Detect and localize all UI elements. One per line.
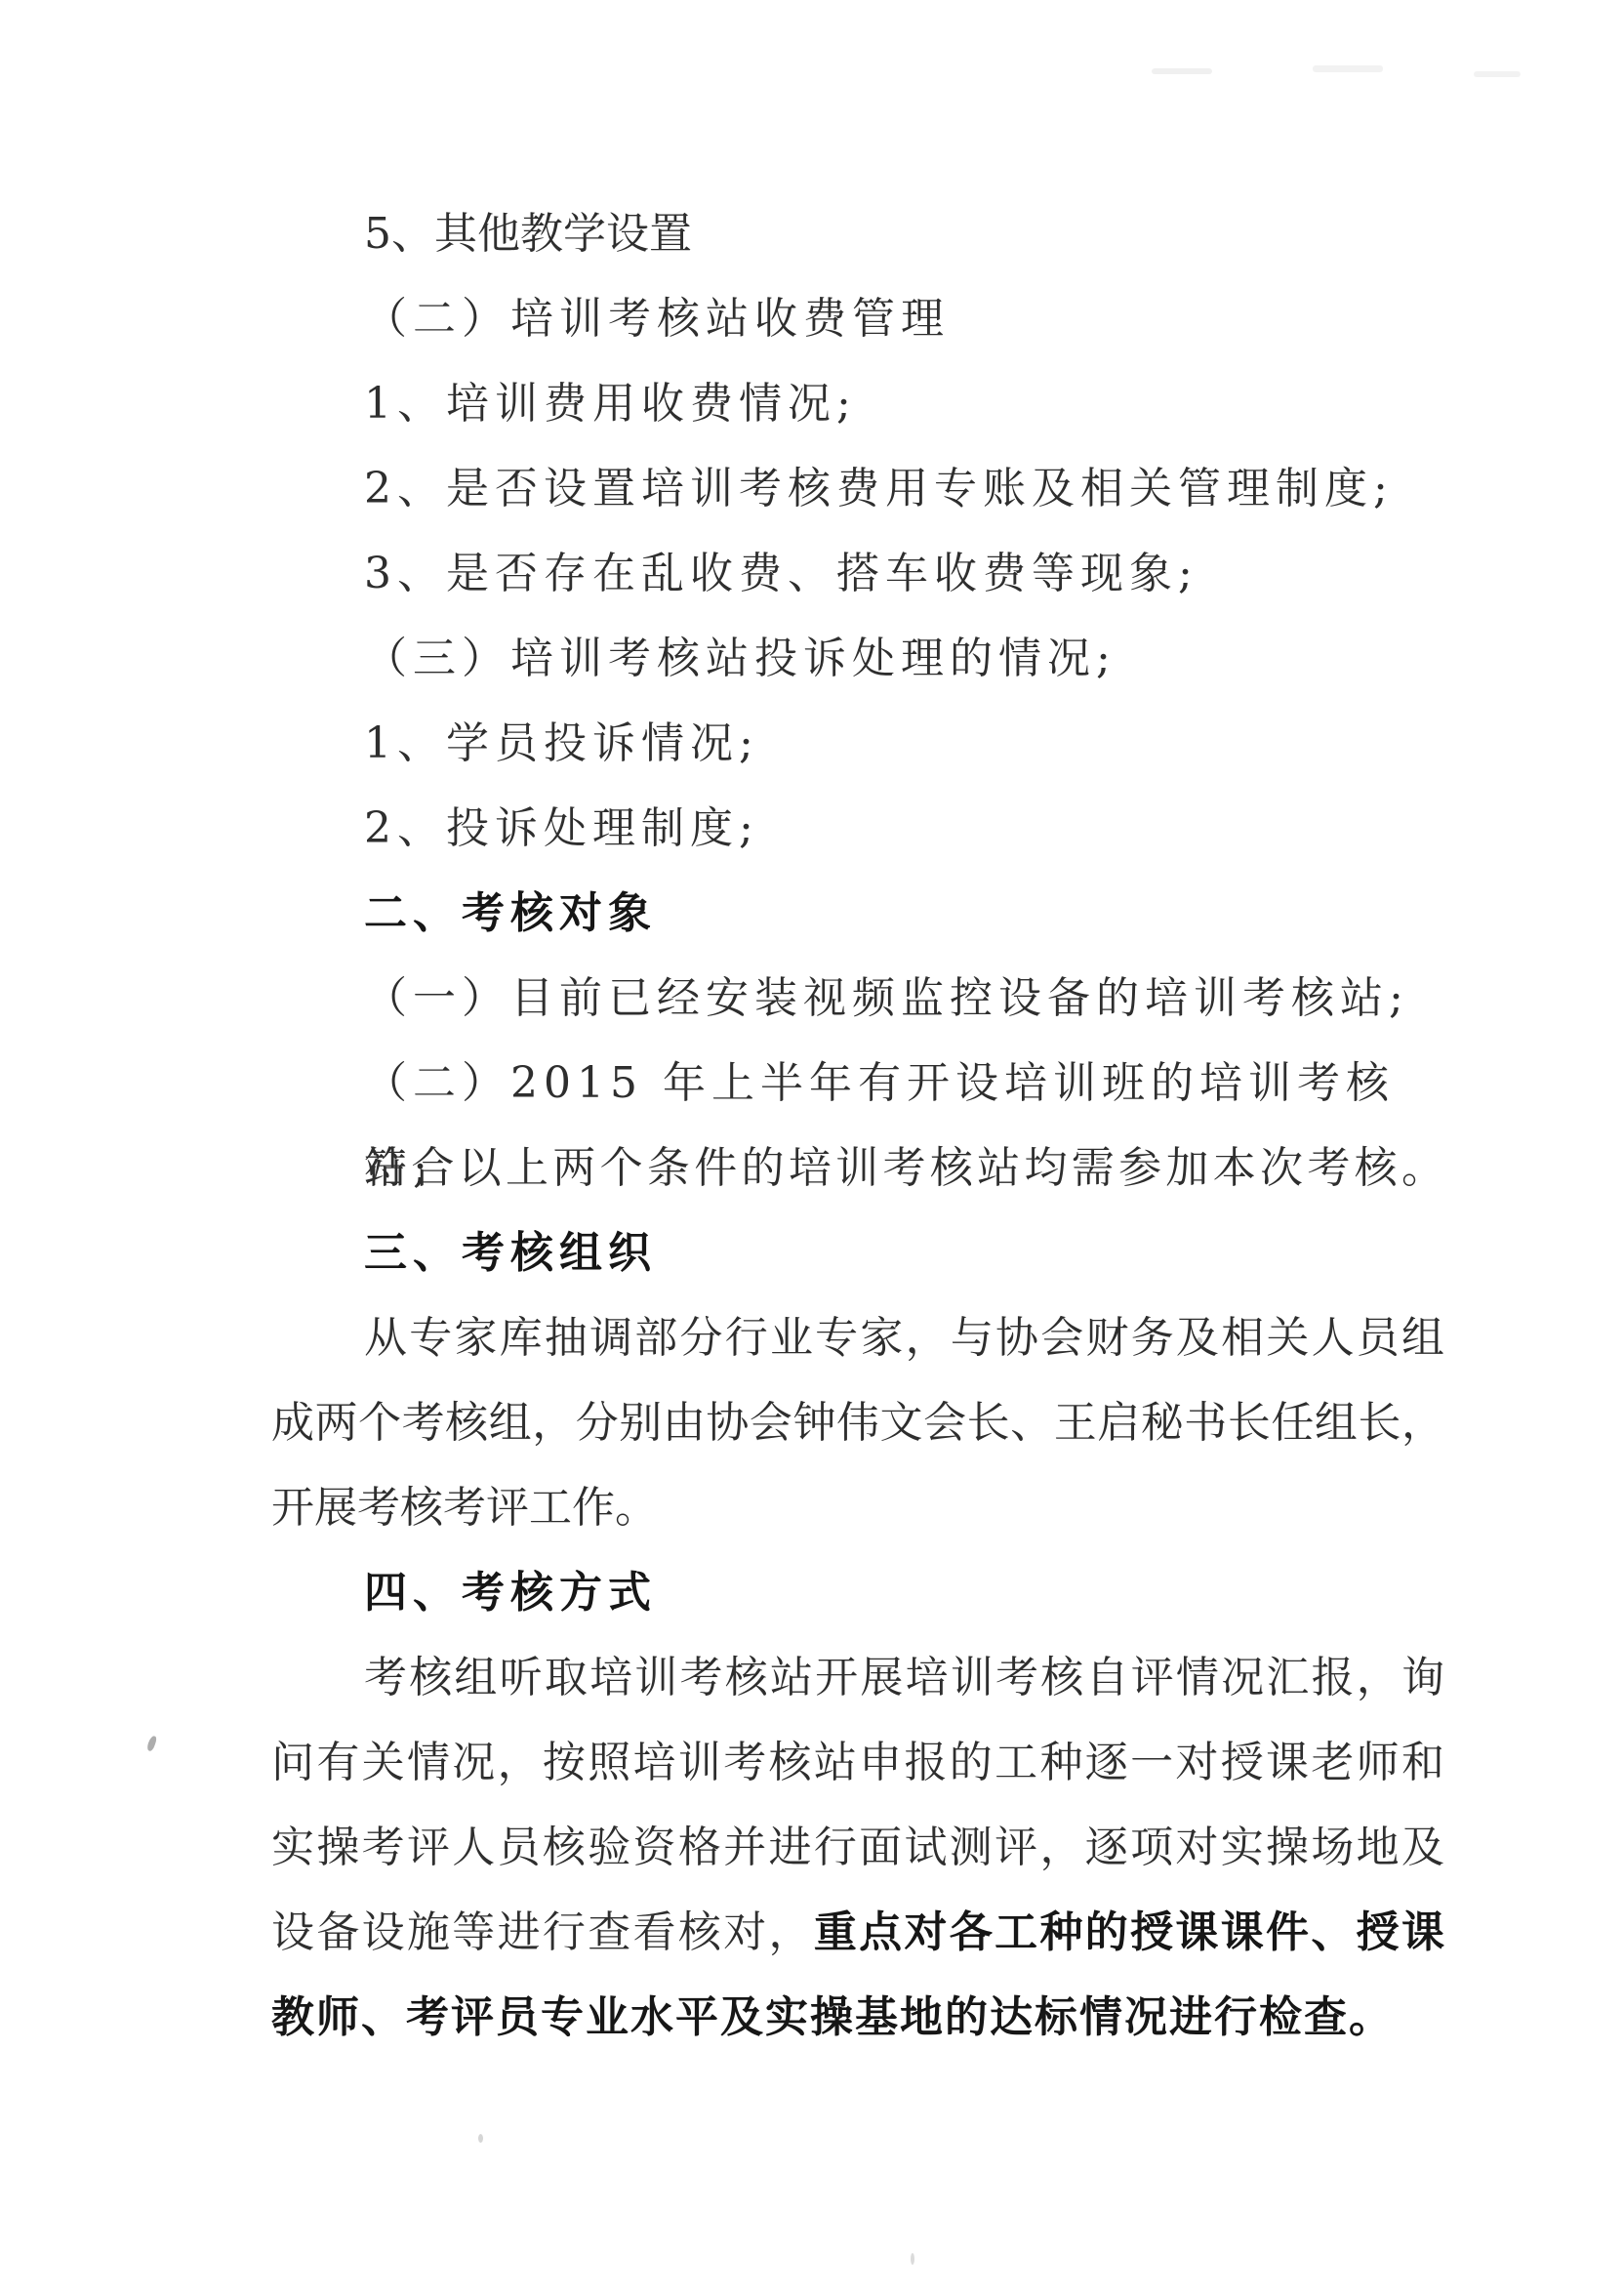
text-run-bold: 教师、考评员专业水平及实操基地的达标情况进行检查。	[271, 1992, 1394, 2042]
document-body: 5、其他教学设置（二）培训考核站收费管理1、培训费用收费情况;2、是否设置培训考…	[271, 191, 1444, 2060]
scan-smudge	[1152, 68, 1212, 74]
text-line: 从专家库抽调部分行业专家，与协会财务及相关人员组	[271, 1295, 1444, 1380]
text-line: （一）目前已经安装视频监控设备的培训考核站;	[271, 956, 1444, 1041]
text-line: 设备设施等进行查看核对，重点对各工种的授课课件、授课	[271, 1890, 1444, 1975]
text-run: （一）目前已经安装视频监控设备的培训考核站;	[364, 973, 1409, 1023]
text-run-bold: 重点对各工种的授课课件、授课	[814, 1907, 1444, 1957]
text-run-bold: 三、考核组织	[364, 1228, 657, 1278]
text-run: 实操考评人员核验资格并进行面试测评，逐项对实操场地及	[271, 1823, 1444, 1872]
text-run: 2、投诉处理制度;	[364, 803, 759, 853]
scan-speck	[911, 2253, 914, 2265]
text-run: 3、是否存在乱收费、搭车收费等现象;	[364, 549, 1198, 598]
document-page: 5、其他教学设置（二）培训考核站收费管理1、培训费用收费情况;2、是否设置培训考…	[0, 0, 1624, 2296]
scan-smudge	[1474, 71, 1521, 77]
text-run: 考核组听取培训考核站开展培训考核自评情况汇报，询	[364, 1653, 1444, 1702]
text-line: 2、是否设置培训考核费用专账及相关管理制度;	[271, 446, 1444, 531]
text-run: 1、培训费用收费情况;	[364, 379, 857, 429]
text-line: 三、考核组织	[271, 1210, 1444, 1295]
text-line: 教师、考评员专业水平及实操基地的达标情况进行检查。	[271, 1975, 1444, 2060]
text-run: 符合以上两个条件的培训考核站均需参加本次考核。	[364, 1143, 1444, 1193]
text-run: 2、是否设置培训考核费用专账及相关管理制度;	[364, 464, 1394, 513]
text-run: 1、学员投诉情况;	[364, 718, 759, 768]
text-run: 开展考核考评工作。	[271, 1483, 658, 1533]
text-line: 3、是否存在乱收费、搭车收费等现象;	[271, 531, 1444, 616]
text-line: 5、其他教学设置	[271, 191, 1444, 276]
text-line: （二）2015 年上半年有开设培训班的培训考核站;	[271, 1041, 1444, 1126]
text-line: 考核组听取培训考核站开展培训考核自评情况汇报，询	[271, 1635, 1444, 1720]
text-line: 符合以上两个条件的培训考核站均需参加本次考核。	[271, 1126, 1444, 1210]
text-line: 开展考核考评工作。	[271, 1465, 1444, 1550]
text-line: （三）培训考核站投诉处理的情况;	[271, 616, 1444, 701]
text-run-bold: 二、考核对象	[364, 888, 657, 938]
text-line: 四、考核方式	[271, 1550, 1444, 1635]
text-line: 成两个考核组，分别由协会钟伟文会长、王启秘书长任组长，	[271, 1380, 1444, 1465]
text-line: （二）培训考核站收费管理	[271, 276, 1444, 361]
text-run: 问有关情况，按照培训考核站申报的工种逐一对授课老师和	[271, 1738, 1444, 1787]
text-run: （二）培训考核站收费管理	[364, 294, 950, 344]
text-line: 二、考核对象	[271, 871, 1444, 956]
text-run: 设备设施等进行查看核对，	[271, 1907, 814, 1957]
text-run: （三）培训考核站投诉处理的情况;	[364, 634, 1116, 683]
text-run: 成两个考核组，分别由协会钟伟文会长、王启秘书长任组长，	[271, 1398, 1444, 1448]
text-line: 1、学员投诉情况;	[271, 701, 1444, 786]
text-line: 实操考评人员核验资格并进行面试测评，逐项对实操场地及	[271, 1805, 1444, 1890]
text-run: 从专家库抽调部分行业专家，与协会财务及相关人员组	[364, 1313, 1444, 1363]
scan-speck	[146, 1735, 158, 1751]
text-run-bold: 四、考核方式	[364, 1568, 657, 1618]
scan-smudge	[1313, 65, 1383, 72]
text-line: 2、投诉处理制度;	[271, 786, 1444, 871]
text-line: 问有关情况，按照培训考核站申报的工种逐一对授课老师和	[271, 1720, 1444, 1805]
text-run: 5、其他教学设置	[364, 209, 692, 259]
text-line: 1、培训费用收费情况;	[271, 361, 1444, 446]
scan-speck	[478, 2134, 483, 2143]
